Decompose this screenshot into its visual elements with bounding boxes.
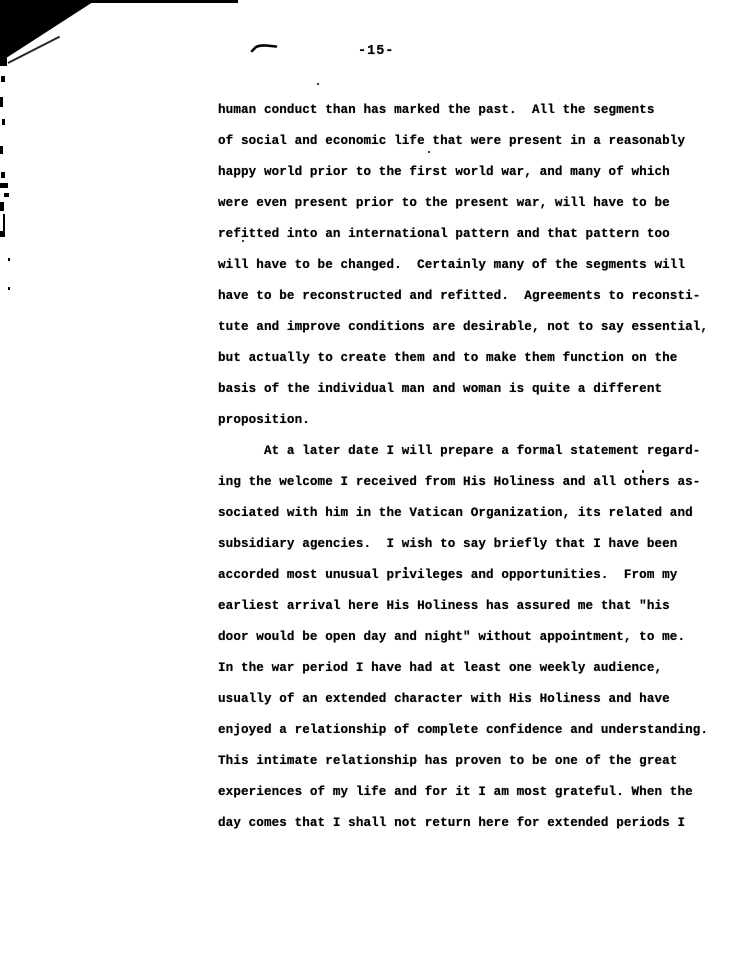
edge-mark — [2, 119, 5, 125]
edge-mark — [0, 146, 3, 154]
typed-line: accorded most unusual privileges and opp… — [218, 560, 730, 591]
typed-line: human conduct than has marked the past. … — [218, 95, 730, 126]
edge-mark — [0, 58, 7, 66]
edge-mark — [1, 76, 5, 82]
typed-line: of social and economic life that were pr… — [218, 126, 730, 157]
typed-line: experiences of my life and for it I am m… — [218, 777, 730, 808]
typed-line: refitted into an international pattern a… — [218, 219, 730, 250]
typed-line: happy world prior to the first world war… — [218, 157, 730, 188]
page-number: -15- — [358, 44, 394, 59]
typed-line: This intimate relationship has proven to… — [218, 746, 730, 777]
typed-line: sociated with him in the Vatican Organiz… — [218, 498, 730, 529]
typed-line: basis of the individual man and woman is… — [218, 374, 730, 405]
typed-line: subsidiary agencies. I wish to say brief… — [218, 529, 730, 560]
typed-line: usually of an extended character with Hi… — [218, 684, 730, 715]
typed-line: door would be open day and night" withou… — [218, 622, 730, 653]
typed-line: but actually to create them and to make … — [218, 343, 730, 374]
scan-top-edge-artifact — [58, 0, 238, 3]
typed-line: day comes that I shall not return here f… — [218, 808, 730, 839]
typed-line: have to be reconstructed and refitted. A… — [218, 281, 730, 312]
typed-line: earliest arrival here His Holiness has a… — [218, 591, 730, 622]
typed-line: In the war period I have had at least on… — [218, 653, 730, 684]
edge-mark — [0, 231, 5, 237]
edge-mark — [8, 287, 10, 290]
typed-line: At a later date I will prepare a formal … — [218, 436, 730, 467]
edge-mark — [4, 193, 9, 197]
edge-mark — [0, 183, 8, 188]
edge-mark — [0, 202, 4, 211]
typed-line: tute and improve conditions are desirabl… — [218, 312, 730, 343]
typed-line: were even present prior to the present w… — [218, 188, 730, 219]
ink-speck — [317, 83, 319, 85]
typed-line: proposition. — [218, 405, 730, 436]
edge-mark — [8, 258, 10, 261]
edge-mark — [0, 97, 3, 107]
typed-line: will have to be changed. Certainly many … — [218, 250, 730, 281]
edge-mark — [3, 214, 5, 232]
scanned-page: -15- human conduct than has marked the p… — [0, 0, 750, 972]
typed-text-body: human conduct than has marked the past. … — [218, 95, 730, 839]
pen-mark — [250, 41, 278, 53]
edge-mark — [1, 172, 5, 178]
typed-line: enjoyed a relationship of complete confi… — [218, 715, 730, 746]
typed-line: ing the welcome I received from His Holi… — [218, 467, 730, 498]
